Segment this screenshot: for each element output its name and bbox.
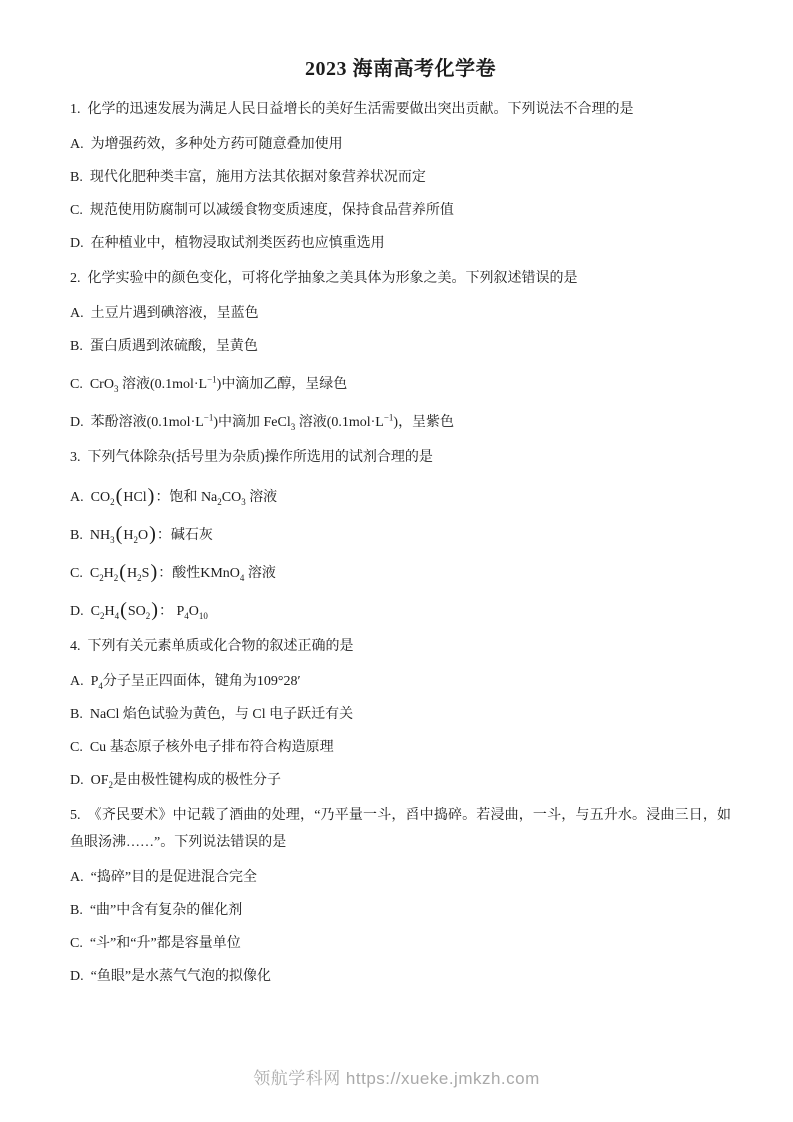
option-row: D.“鱼眼”是水蒸气气泡的拟像化: [70, 965, 731, 988]
formula-segment: FeCl: [263, 415, 290, 430]
option-row: A.土豆片遇到碘溶液，呈蓝色: [70, 302, 731, 325]
big-parenthesis: (: [115, 523, 124, 545]
option-label: C.: [70, 377, 83, 392]
text-segment: 下列有关元素单质或化合物的叙述正确的是: [88, 639, 354, 654]
text-segment: “鱼眼”是水蒸气气泡的拟像化: [91, 969, 271, 984]
text-segment: 化学的迅速发展为满足人民日益增长的美好生活需要做出突出贡献。下列说法不合理的是: [88, 102, 634, 117]
option-label: C.: [70, 740, 83, 755]
option-text: 在种植业中，植物浸取试剂类医药也应慎重选用: [91, 236, 385, 251]
question-stem: 5.《齐民要术》中记载了酒曲的处理，“乃平量一斗，舀中捣碎。若浸曲，一斗，与五升…: [70, 802, 731, 856]
option-text: 蛋白质遇到浓硫酸，呈黄色: [90, 339, 258, 354]
formula-segment: KMnO: [200, 566, 240, 581]
option-row: B.蛋白质遇到浓硫酸，呈黄色: [70, 335, 731, 358]
text-segment: 溶液: [246, 490, 278, 505]
subscript: 10: [199, 611, 208, 621]
option-text: Cu 基态原子核外电子排布符合构造原理: [90, 740, 334, 755]
formula-segment: (0.1mol·L: [147, 415, 204, 430]
document-page: 2023 海南高考化学卷 1.化学的迅速发展为满足人民日益增长的美好生活需要做出…: [0, 0, 793, 1122]
option-row: B.NaCl 焰色试验为黄色，与 Cl 电子跃迁有关: [70, 703, 731, 726]
option-text: “曲”中含有复杂的催化剂: [90, 903, 242, 918]
option-row: A.CO2(HCl)：饱和 Na2CO3 溶液: [70, 486, 731, 509]
big-parenthesis: (: [115, 485, 124, 507]
formula-segment: H: [104, 604, 114, 619]
superscript: −1: [204, 412, 214, 422]
option-text: 为增强药效，多种处方药可随意叠加使用: [91, 137, 343, 152]
text-segment: 溶液: [295, 415, 327, 430]
formula-segment: HCl: [123, 490, 146, 505]
option-label: C.: [70, 936, 83, 951]
formula-segment: H: [104, 566, 114, 581]
formula-segment: Na: [201, 490, 217, 505]
formula-segment: CO: [91, 490, 110, 505]
option-label: D.: [70, 969, 84, 984]
exam-body: 1.化学的迅速发展为满足人民日益增长的美好生活需要做出突出贡献。下列说法不合理的…: [70, 96, 731, 988]
text-segment: ：: [159, 604, 177, 619]
text-segment: 分子呈正四面体，键角为: [103, 674, 257, 689]
text-segment: 蛋白质遇到浓硫酸，呈黄色: [90, 339, 258, 354]
formula-segment: 109°28′: [257, 674, 301, 689]
formula-segment: (0.1mol·L: [150, 377, 207, 392]
option-row: D.OF2是由极性键构成的极性分子: [70, 769, 731, 792]
option-row: C.CrO3 溶液(0.1mol·L−1)中滴加乙醇，呈绿色: [70, 373, 731, 396]
option-text: 土豆片遇到碘溶液，呈蓝色: [91, 306, 259, 321]
option-text: 现代化肥种类丰富，施用方法其依据对象营养状况而定: [90, 170, 426, 185]
big-parenthesis: ): [150, 599, 159, 621]
text-segment: 化学实验中的颜色变化，可将化学抽象之美具体为形象之美。下列叙述错误的是: [88, 271, 578, 286]
option-label: D.: [70, 415, 84, 430]
formula-segment: NH: [90, 528, 110, 543]
text-segment: 苯酚溶液: [91, 415, 147, 430]
formula-segment: C: [91, 604, 100, 619]
question-stem: 1.化学的迅速发展为满足人民日益增长的美好生活需要做出突出贡献。下列说法不合理的…: [70, 96, 731, 123]
option-label: D.: [70, 604, 84, 619]
formula-segment: O: [189, 604, 199, 619]
option-label: A.: [70, 137, 84, 152]
text-segment: 基态原子核外电子排布符合构造原理: [106, 740, 334, 755]
option-row: A.为增强药效，多种处方药可随意叠加使用: [70, 133, 731, 156]
option-label: A.: [70, 674, 84, 689]
formula-segment: O: [138, 528, 148, 543]
question-number: 5.: [70, 808, 81, 823]
text-segment: ：饱和: [155, 490, 201, 505]
option-row: D.苯酚溶液(0.1mol·L−1)中滴加 FeCl3 溶液(0.1mol·L−…: [70, 411, 731, 434]
option-row: D.C2H4(SO2)： P4O10: [70, 600, 731, 623]
big-parenthesis: (: [118, 561, 127, 583]
page-title: 2023 海南高考化学卷: [70, 54, 731, 84]
question-number: 3.: [70, 450, 81, 465]
option-label: B.: [70, 903, 83, 918]
superscript: −1: [207, 374, 217, 384]
big-parenthesis: (: [119, 599, 128, 621]
question-stem: 3.下列气体除杂(括号里为杂质)操作所选用的试剂合理的是: [70, 444, 731, 471]
option-text: OF2是由极性键构成的极性分子: [91, 773, 281, 788]
option-label: A.: [70, 490, 84, 505]
text-segment: 溶液: [118, 377, 150, 392]
text-segment: ：碱石灰: [157, 528, 213, 543]
text-segment: 土豆片遇到碘溶液，呈蓝色: [91, 306, 259, 321]
text-segment: 中滴加: [218, 415, 264, 430]
formula-segment: CO: [222, 490, 241, 505]
option-label: B.: [70, 170, 83, 185]
option-label: A.: [70, 306, 84, 321]
option-text: CrO3 溶液(0.1mol·L−1)中滴加乙醇，呈绿色: [90, 377, 347, 392]
option-text: P4分子呈正四面体，键角为109°28′: [91, 674, 301, 689]
formula-segment: (0.1mol·L: [327, 415, 384, 430]
option-row: C.Cu 基态原子核外电子排布符合构造原理: [70, 736, 731, 759]
option-text: 苯酚溶液(0.1mol·L−1)中滴加 FeCl3 溶液(0.1mol·L−1)…: [91, 415, 454, 430]
big-parenthesis: ): [147, 485, 156, 507]
question: 3.下列气体除杂(括号里为杂质)操作所选用的试剂合理的是 A.CO2(HCl)：…: [70, 444, 731, 623]
option-text: CO2(HCl)：饱和 Na2CO3 溶液: [91, 490, 278, 505]
option-text: 规范使用防腐制可以减缓食物变质速度，保持食品营养所值: [90, 203, 454, 218]
option-text: “捣碎”目的是促进混合完全: [91, 870, 257, 885]
text-segment: ，呈紫色: [398, 415, 454, 430]
option-row: A.P4分子呈正四面体，键角为109°28′: [70, 670, 731, 693]
formula-segment: Cu: [90, 740, 106, 755]
page-footer: 领航学科网 https://xueke.jmkzh.com: [0, 1064, 793, 1089]
question-stem: 2.化学实验中的颜色变化，可将化学抽象之美具体为形象之美。下列叙述错误的是: [70, 265, 731, 292]
subscript: 2: [110, 497, 114, 507]
text-segment: 溶液: [244, 566, 276, 581]
option-row: D.在种植业中，植物浸取试剂类医药也应慎重选用: [70, 232, 731, 255]
option-text: NH3(H2O)：碱石灰: [90, 528, 213, 543]
question-number: 1.: [70, 102, 81, 117]
question: 4.下列有关元素单质或化合物的叙述正确的是 A.P4分子呈正四面体，键角为109…: [70, 633, 731, 792]
text-segment: “捣碎”目的是促进混合完全: [91, 870, 257, 885]
watermark-text: 领航学科网 https://xueke.jmkzh.com: [253, 1069, 540, 1088]
text-segment: 是由极性键构成的极性分子: [113, 773, 281, 788]
text-segment: “斗”和“升”都是容量单位: [90, 936, 241, 951]
option-text: “斗”和“升”都是容量单位: [90, 936, 241, 951]
formula-segment: SO: [128, 604, 146, 619]
question: 1.化学的迅速发展为满足人民日益增长的美好生活需要做出突出贡献。下列说法不合理的…: [70, 96, 731, 255]
option-text: C2H2(H2S)：酸性KMnO4 溶液: [90, 566, 276, 581]
option-label: B.: [70, 528, 83, 543]
subscript: 3: [110, 535, 114, 545]
question: 5.《齐民要术》中记载了酒曲的处理，“乃平量一斗，舀中捣碎。若浸曲，一斗，与五升…: [70, 802, 731, 988]
formula-segment: C: [90, 566, 99, 581]
text-segment: 现代化肥种类丰富，施用方法其依据对象营养状况而定: [90, 170, 426, 185]
text-segment: 为增强药效，多种处方药可随意叠加使用: [91, 137, 343, 152]
text-segment: 规范使用防腐制可以减缓食物变质速度，保持食品营养所值: [90, 203, 454, 218]
option-text: NaCl 焰色试验为黄色，与 Cl 电子跃迁有关: [90, 707, 353, 722]
question-stem-text: 下列有关元素单质或化合物的叙述正确的是: [88, 639, 354, 654]
big-parenthesis: ): [148, 523, 157, 545]
question-number: 2.: [70, 271, 81, 286]
question-stem-text: 《齐民要术》中记载了酒曲的处理，“乃平量一斗，舀中捣碎。若浸曲，一斗，与五升水。…: [70, 808, 731, 850]
formula-segment: NaCl: [90, 707, 120, 722]
formula-segment: Cl: [252, 707, 265, 722]
question-stem: 4.下列有关元素单质或化合物的叙述正确的是: [70, 633, 731, 660]
big-parenthesis: ): [149, 561, 158, 583]
text-segment: 电子跃迁有关: [266, 707, 354, 722]
option-text: “鱼眼”是水蒸气气泡的拟像化: [91, 969, 271, 984]
option-row: C.C2H2(H2S)：酸性KMnO4 溶液: [70, 562, 731, 585]
option-label: C.: [70, 566, 83, 581]
text-segment: 下列气体除杂(括号里为杂质)操作所选用的试剂合理的是: [88, 450, 433, 465]
formula-segment: CrO: [90, 377, 114, 392]
question-stem-text: 下列气体除杂(括号里为杂质)操作所选用的试剂合理的是: [88, 450, 433, 465]
option-text: C2H4(SO2)： P4O10: [91, 604, 208, 619]
text-segment: “曲”中含有复杂的催化剂: [90, 903, 242, 918]
option-label: B.: [70, 339, 83, 354]
option-row: B.“曲”中含有复杂的催化剂: [70, 899, 731, 922]
text-segment: 焰色试验为黄色，与: [119, 707, 252, 722]
option-label: C.: [70, 203, 83, 218]
option-row: A.“捣碎”目的是促进混合完全: [70, 866, 731, 889]
question-stem-text: 化学的迅速发展为满足人民日益增长的美好生活需要做出突出贡献。下列说法不合理的是: [88, 102, 634, 117]
option-label: D.: [70, 236, 84, 251]
question-stem-text: 化学实验中的颜色变化，可将化学抽象之美具体为形象之美。下列叙述错误的是: [88, 271, 578, 286]
option-label: B.: [70, 707, 83, 722]
text-segment: ：酸性: [158, 566, 200, 581]
option-row: C.规范使用防腐制可以减缓食物变质速度，保持食品营养所值: [70, 199, 731, 222]
option-label: A.: [70, 870, 84, 885]
option-row: B.现代化肥种类丰富，施用方法其依据对象营养状况而定: [70, 166, 731, 189]
text-segment: 中滴加乙醇，呈绿色: [221, 377, 347, 392]
question-number: 4.: [70, 639, 81, 654]
option-row: C.“斗”和“升”都是容量单位: [70, 932, 731, 955]
text-segment: 在种植业中，植物浸取试剂类医药也应慎重选用: [91, 236, 385, 251]
superscript: −1: [384, 412, 394, 422]
formula-segment: OF: [91, 773, 109, 788]
option-row: B.NH3(H2O)：碱石灰: [70, 524, 731, 547]
option-label: D.: [70, 773, 84, 788]
formula-segment: H: [123, 528, 133, 543]
formula-segment: H: [127, 566, 137, 581]
question: 2.化学实验中的颜色变化，可将化学抽象之美具体为形象之美。下列叙述错误的是 A.…: [70, 265, 731, 434]
text-segment: 《齐民要术》中记载了酒曲的处理，“乃平量一斗，舀中捣碎。若浸曲，一斗，与五升水。…: [70, 808, 731, 850]
